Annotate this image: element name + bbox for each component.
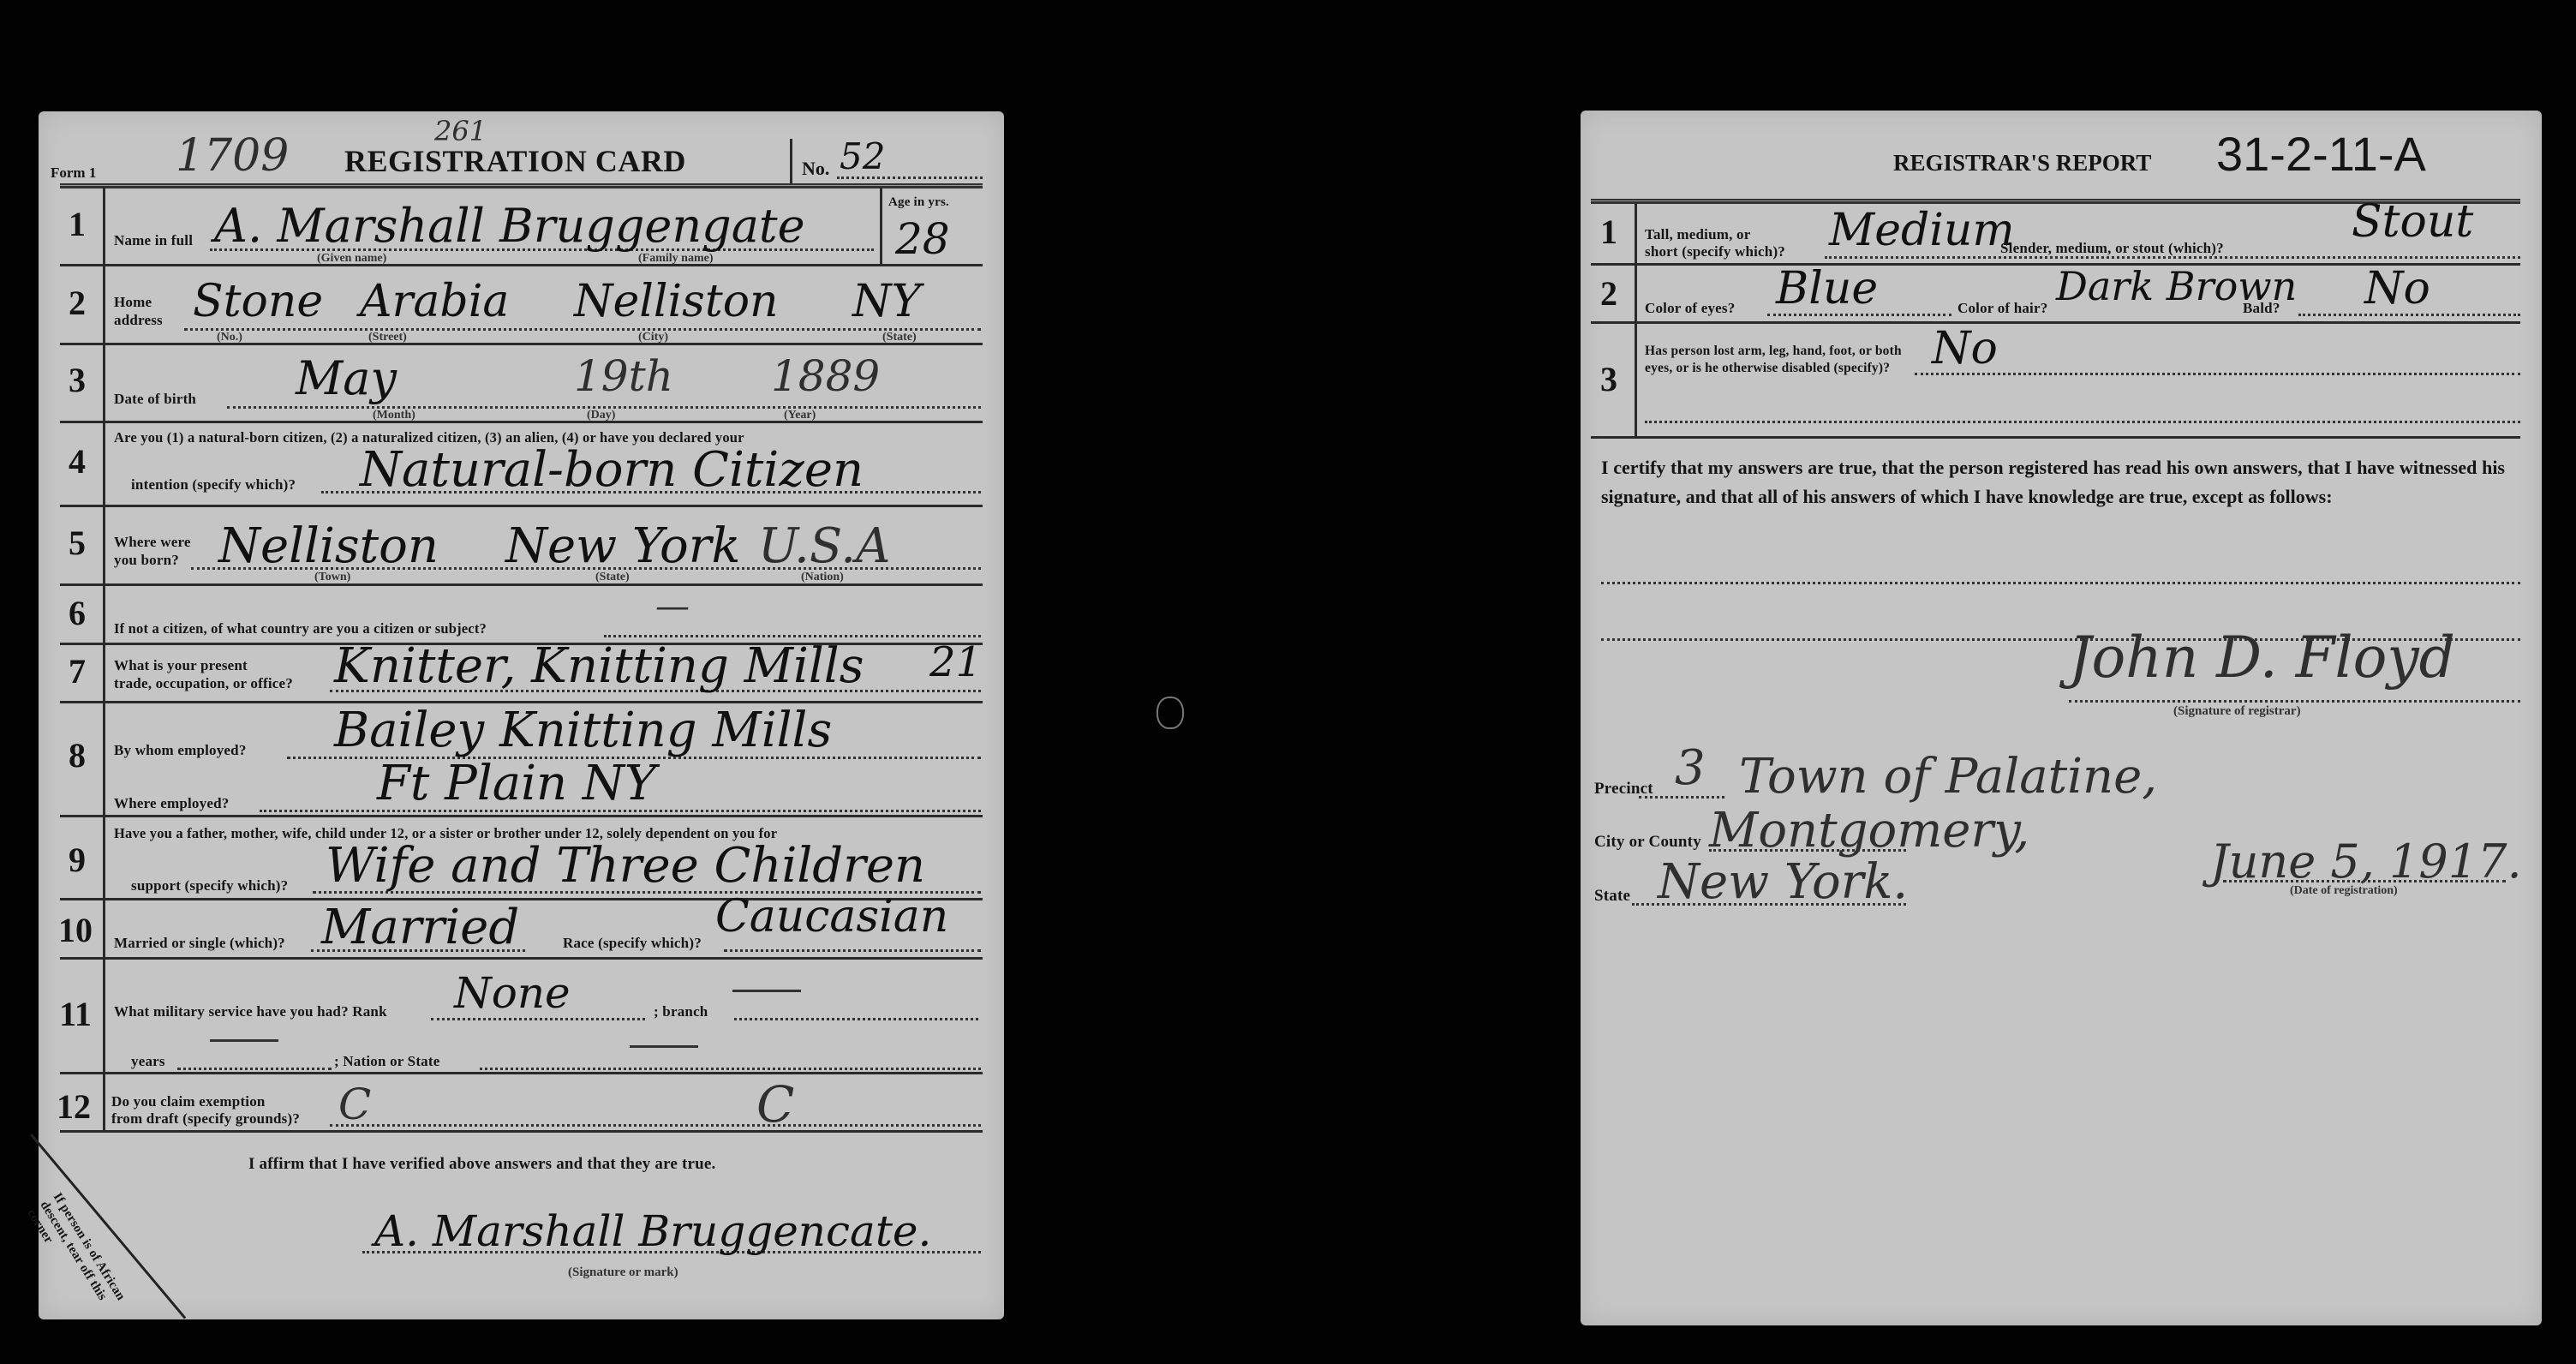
dependents-value: Wife and Three Children	[326, 838, 925, 894]
state-value: New York.	[1658, 854, 1908, 910]
form-label: Form 1	[51, 165, 96, 182]
affirmation-text: I affirm that I have verified above answ…	[248, 1155, 716, 1173]
birth-state: New York	[505, 518, 740, 574]
precinct-town-value: Town of Palatine,	[1739, 749, 2157, 805]
bald-value: No	[2364, 263, 2430, 314]
report-code: 31-2-11-A	[2216, 126, 2426, 182]
corner-note: If person is of African descent, tear of…	[23, 1190, 130, 1324]
exemption-mark: C	[756, 1075, 794, 1134]
birth-town: Nelliston	[218, 518, 439, 574]
occupation-mark: 21	[929, 638, 982, 686]
dust-speck	[1157, 697, 1184, 729]
citizenship-value: Natural-born Citizen	[360, 442, 864, 498]
build-value: Stout	[2352, 196, 2473, 248]
county-label: City or County	[1594, 832, 1701, 852]
number-column-divider	[1635, 203, 1637, 436]
county-value: Montgomery,	[1709, 803, 2029, 858]
eye-color-value: Blue	[1776, 263, 1878, 314]
name-value: A. Marshall Bruggengate	[214, 199, 805, 253]
race-value: Caucasian	[715, 891, 948, 942]
registrars-report-card: REGISTRAR'S REPORT 31-2-11-A 1 Tall, med…	[1581, 111, 2542, 1325]
registrar-signature: John D. Floyd	[2069, 625, 2455, 691]
address-street: Arabia	[360, 276, 509, 327]
card-no-label: No.	[802, 158, 829, 180]
marital-status-value: Married	[321, 900, 519, 955]
height-value: Medium	[1829, 205, 2015, 256]
foreign-citizenship-value: —	[655, 587, 690, 626]
military-rank-value: None	[454, 968, 571, 1018]
certification-text: I certify that my answers are true, that…	[1601, 453, 2505, 511]
birth-year: 1889	[771, 351, 880, 401]
number-column-divider	[103, 187, 105, 1131]
header-rule	[60, 183, 983, 188]
card-number: 52	[840, 135, 885, 177]
header-divider	[790, 139, 792, 183]
precinct-value: 3	[1675, 740, 1706, 796]
address-city: Nelliston	[574, 276, 779, 327]
address-number: Stone	[193, 276, 323, 327]
registration-card: Form 1 1709 261 REGISTRATION CARD No. 52…	[39, 111, 1004, 1319]
card-title: REGISTRATION CARD	[344, 143, 686, 179]
disability-value: No	[1932, 323, 1998, 374]
name-label: Name in full	[114, 231, 193, 249]
registrant-signature: A. Marshall Bruggencate.	[374, 1206, 931, 1256]
state-label: State	[1594, 886, 1630, 906]
employment-place-value: Ft Plain NY	[377, 756, 656, 811]
exemption-value: C	[338, 1080, 371, 1129]
occupation-value: Knitter, Knitting Mills	[334, 638, 864, 694]
age-column-divider	[880, 187, 882, 264]
report-title: REGISTRAR'S REPORT	[1893, 150, 2151, 176]
birth-nation: U.S.A	[758, 518, 890, 574]
birth-month: May	[296, 351, 397, 405]
address-state: NY	[852, 276, 921, 327]
age-value: 28	[895, 214, 950, 264]
birth-day: 19th	[574, 351, 673, 401]
form-number: 1709	[176, 130, 289, 182]
employer-value: Bailey Knitting Mills	[334, 703, 832, 758]
